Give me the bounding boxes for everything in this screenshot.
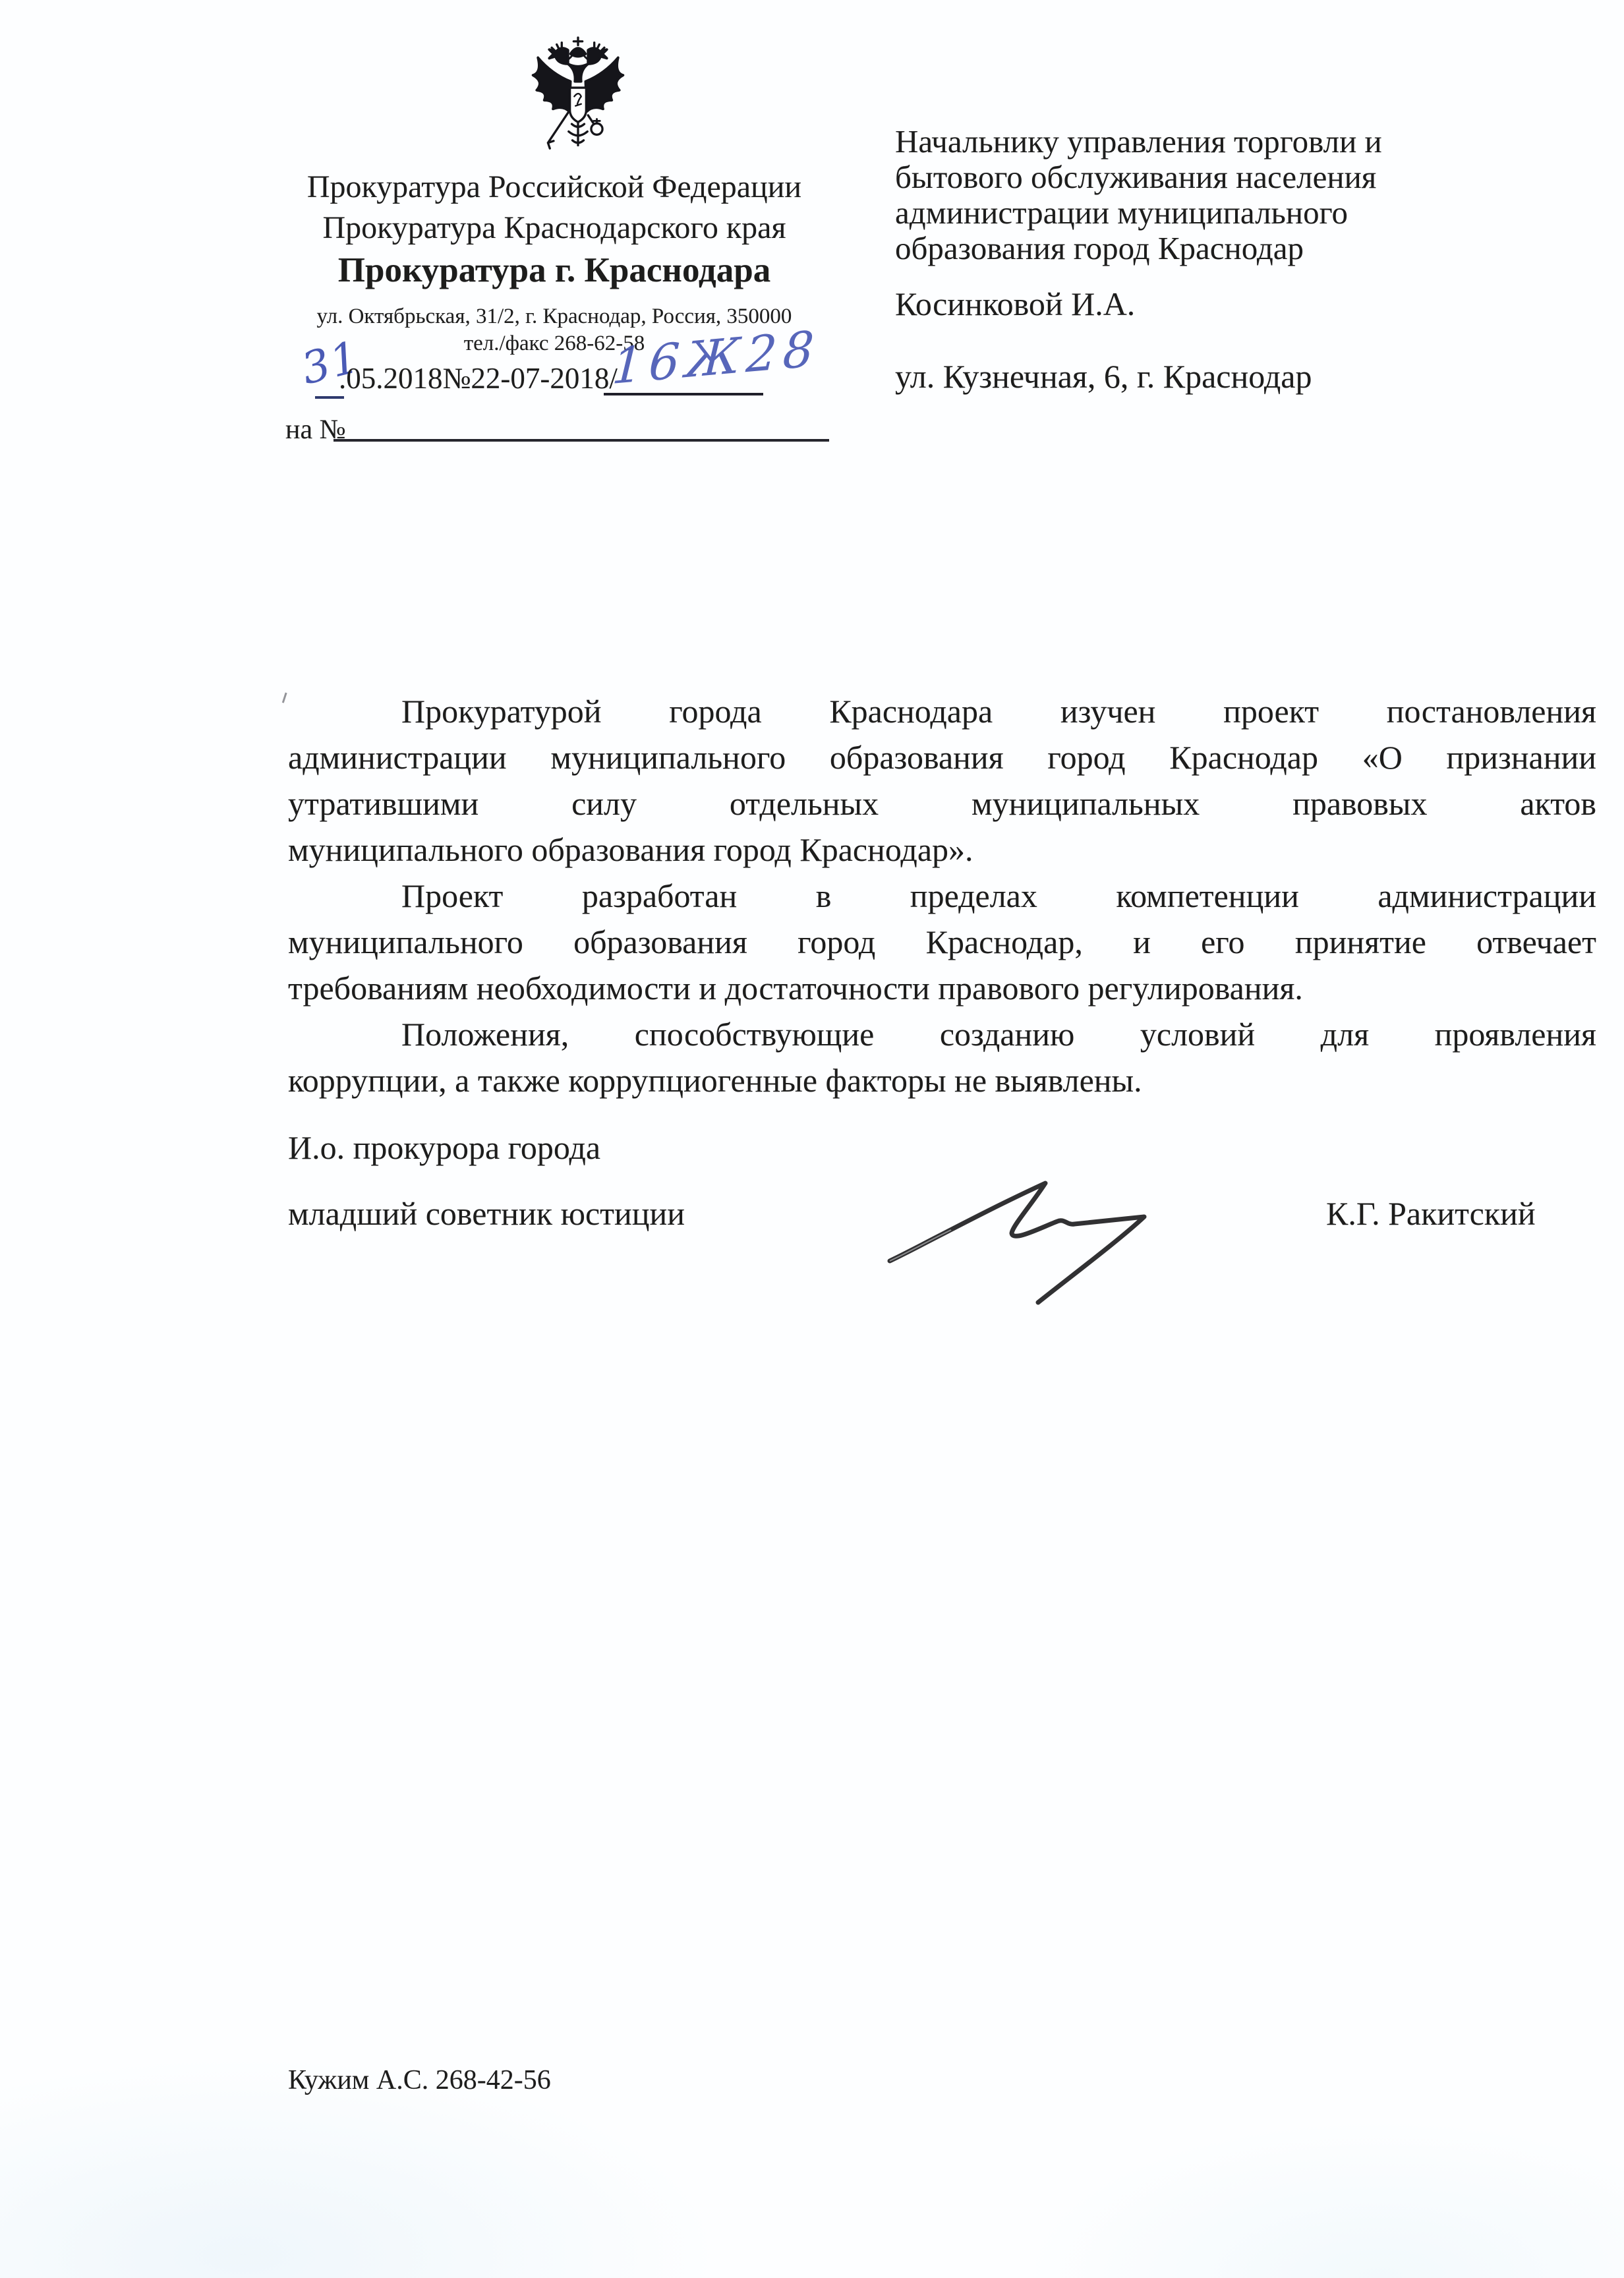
letterhead-postal-address: ул. Октябрьская, 31/2, г. Краснодар, Рос… (283, 305, 825, 329)
body-line: муниципального образования город Краснод… (288, 827, 1596, 873)
body-line: коррупции, а также коррупциогенные факто… (288, 1057, 1596, 1103)
body-line: администрации муниципального образования… (288, 734, 1596, 780)
letterhead-org-city: Прокуратура г. Краснодара (283, 250, 825, 290)
addressee-line: Начальнику управления торговли и (895, 124, 1541, 160)
signatory-position-line2: младший советник юстиции (288, 1194, 685, 1233)
addressee-street: ул. Кузнечная, 6, г. Краснодар (895, 357, 1541, 395)
addressee-block: Начальнику управления торговли и бытовог… (895, 124, 1541, 266)
ref-number-blank-line (333, 439, 829, 442)
body-line: муниципального образования город Краснод… (288, 919, 1596, 965)
body-line: Прокуратурой города Краснодара изучен пр… (288, 688, 1596, 734)
doc-number-underline (604, 393, 763, 395)
signatory-name: К.Г. Ракитский (1326, 1194, 1536, 1233)
addressee-line: образования город Краснодар (895, 231, 1541, 266)
body-line: утратившими силу отдельных муниципальных… (288, 780, 1596, 827)
coat-of-arms-icon (515, 34, 641, 167)
body-line: Проект разработан в пределах компетенции… (288, 873, 1596, 919)
scanned-letter-page: Прокуратура Российской Федерации Прокура… (0, 0, 1624, 2278)
signatory-position-line1: И.о. прокурора города (288, 1128, 600, 1167)
signature-scribble-icon (882, 1172, 1159, 1317)
executor-contact: Кужим А.С. 268-42-56 (288, 2064, 551, 2096)
body-line: Положения, способствующие созданию услов… (288, 1011, 1596, 1057)
printed-date-number: .05.2018№22-07-2018/ (339, 361, 618, 395)
addressee-line: бытового обслуживания населения (895, 160, 1541, 195)
letterhead-org-region: Прокуратура Краснодарского края (283, 210, 825, 246)
body-line: требованиям необходимости и достаточност… (288, 965, 1596, 1011)
letterhead-org-federation: Прокуратура Российской Федерации (283, 169, 825, 205)
addressee-line: администрации муниципального (895, 195, 1541, 231)
day-blank-underline (315, 396, 344, 399)
addressee-name: Косинковой И.А. (895, 285, 1541, 323)
letter-body: Прокуратурой города Краснодара изучен пр… (288, 688, 1596, 1103)
